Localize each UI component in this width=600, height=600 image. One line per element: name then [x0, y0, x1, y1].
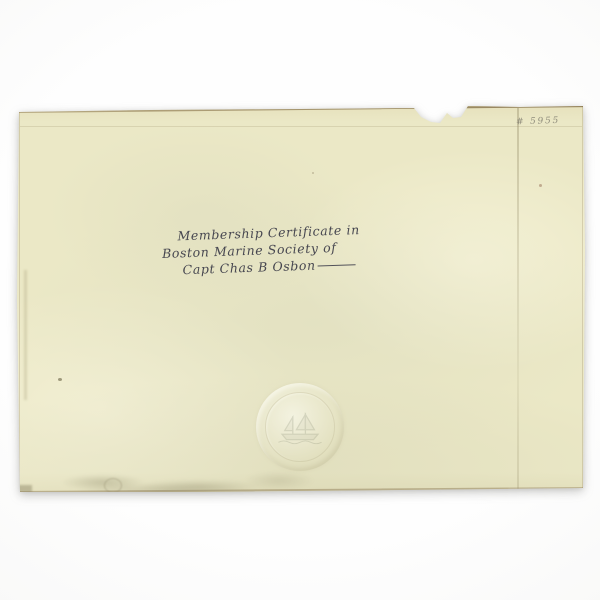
horizontal-crease [20, 126, 582, 127]
vertical-crease [517, 108, 519, 492]
handwriting-flourish [318, 263, 356, 266]
paper-edge-left [19, 112, 20, 492]
paper-edge-right [582, 106, 583, 489]
paper-edge-top [18, 105, 584, 113]
dust-speck [58, 378, 62, 381]
show-through-smudges [55, 454, 375, 492]
dust-speck [312, 172, 314, 174]
corner-smudge [18, 485, 32, 492]
handwriting-block: Membership Certificate in Boston Marine … [159, 220, 391, 279]
certificate-paper: Membership Certificate in Boston Marine … [16, 102, 588, 496]
dust-speck [539, 184, 542, 187]
paper-shadow-wrap: Membership Certificate in Boston Marine … [0, 0, 600, 600]
ghost-print-ring [104, 478, 122, 493]
handwriting-line-3-text: Capt Chas B Osbon [182, 258, 316, 278]
pencil-catalog-number: # 5955 [516, 115, 596, 128]
left-edge-streak [24, 270, 27, 400]
ship-icon [273, 408, 327, 446]
photo-background: Membership Certificate in Boston Marine … [0, 0, 600, 600]
